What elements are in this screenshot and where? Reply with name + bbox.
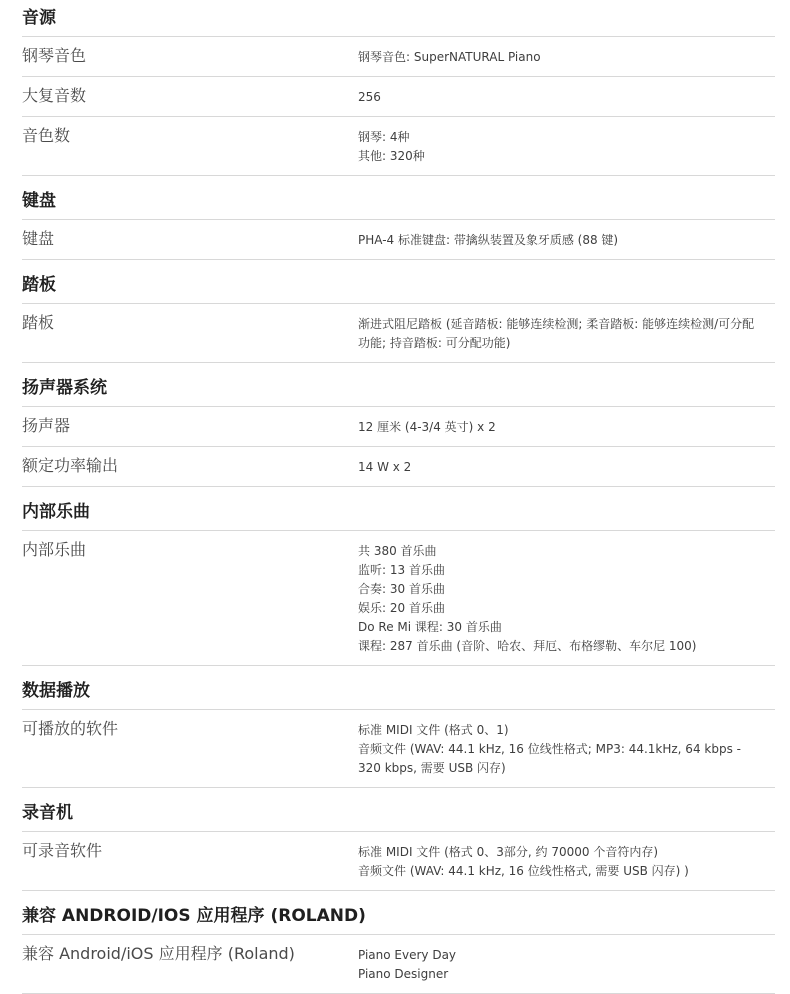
spec-value: 标准 MIDI 文件 (格式 0、3部分, 约 70000 个音符内存) 音频文…	[358, 841, 760, 881]
section-keyboard: 键盘 键盘 PHA-4 标准键盘: 带擒纵装置及象牙质感 (88 键)	[22, 176, 775, 260]
spec-label: 兼容 Android/iOS 应用程序 (Roland)	[22, 944, 358, 963]
section-title: 内部乐曲	[22, 487, 775, 531]
section-title: 数据播放	[22, 666, 775, 710]
spec-label: 额定功率输出	[22, 456, 358, 475]
spec-value-line: 课程: 287 首乐曲 (音阶、哈农、拜厄、布格缪勒、车尔尼 100)	[358, 637, 760, 656]
spec-value-line: Do Re Mi 课程: 30 首乐曲	[358, 618, 760, 637]
spec-value-line: 共 380 首乐曲	[358, 542, 760, 561]
spec-value: 渐进式阻尼踏板 (延音踏板: 能够连续检测; 柔音踏板: 能够连续检测/可分配功…	[358, 313, 760, 353]
spec-value-line: 12 厘米 (4-3/4 英寸) x 2	[358, 418, 760, 437]
spec-value-line: 音频文件 (WAV: 44.1 kHz, 16 位线性格式, 需要 USB 闪存…	[358, 862, 760, 881]
spec-value: 钢琴: 4种 其他: 320种	[358, 126, 760, 166]
spec-value-line: 监听: 13 首乐曲	[358, 561, 760, 580]
table-row: 钢琴音色 钢琴音色: SuperNATURAL Piano	[22, 37, 775, 77]
spec-label: 钢琴音色	[22, 46, 358, 65]
section-recorder: 录音机 可录音软件 标准 MIDI 文件 (格式 0、3部分, 约 70000 …	[22, 788, 775, 891]
spec-label: 可录音软件	[22, 841, 358, 860]
section-compatible-apps: 兼容 ANDROID/IOS 应用程序 (ROLAND) 兼容 Android/…	[22, 891, 775, 994]
section-title: 键盘	[22, 176, 775, 220]
spec-value-line: 标准 MIDI 文件 (格式 0、3部分, 约 70000 个音符内存)	[358, 843, 760, 862]
table-row: 大复音数 256	[22, 77, 775, 117]
table-row: 额定功率输出 14 W x 2	[22, 447, 775, 487]
table-row: 内部乐曲 共 380 首乐曲 监听: 13 首乐曲 合奏: 30 首乐曲 娱乐:…	[22, 531, 775, 666]
spec-value-line: 256	[358, 88, 760, 107]
table-row: 扬声器 12 厘米 (4-3/4 英寸) x 2	[22, 407, 775, 447]
spec-value-line: 标准 MIDI 文件 (格式 0、1)	[358, 721, 760, 740]
spec-value: 14 W x 2	[358, 456, 760, 477]
spec-value-line: Piano Designer	[358, 965, 760, 984]
section-title: 兼容 ANDROID/IOS 应用程序 (ROLAND)	[22, 891, 775, 935]
section-data-playback: 数据播放 可播放的软件 标准 MIDI 文件 (格式 0、1) 音频文件 (WA…	[22, 666, 775, 788]
table-row: 可录音软件 标准 MIDI 文件 (格式 0、3部分, 约 70000 个音符内…	[22, 832, 775, 891]
spec-label: 内部乐曲	[22, 540, 358, 559]
spec-value-line: 14 W x 2	[358, 458, 760, 477]
spec-label: 扬声器	[22, 416, 358, 435]
section-title: 扬声器系统	[22, 363, 775, 407]
table-row: 音色数 钢琴: 4种 其他: 320种	[22, 117, 775, 176]
spec-value-line: 渐进式阻尼踏板 (延音踏板: 能够连续检测; 柔音踏板: 能够连续检测/可分配功…	[358, 315, 760, 353]
spec-sheet: 音源 钢琴音色 钢琴音色: SuperNATURAL Piano 大复音数 25…	[22, 0, 775, 994]
section-sound-generator: 音源 钢琴音色 钢琴音色: SuperNATURAL Piano 大复音数 25…	[22, 1, 775, 176]
spec-value: 钢琴音色: SuperNATURAL Piano	[358, 46, 760, 67]
spec-value-line: 其他: 320种	[358, 147, 760, 166]
spec-value-line: PHA-4 标准键盘: 带擒纵装置及象牙质感 (88 键)	[358, 231, 760, 250]
table-row: 兼容 Android/iOS 应用程序 (Roland) Piano Every…	[22, 935, 775, 994]
section-internal-songs: 内部乐曲 内部乐曲 共 380 首乐曲 监听: 13 首乐曲 合奏: 30 首乐…	[22, 487, 775, 666]
spec-value: 标准 MIDI 文件 (格式 0、1) 音频文件 (WAV: 44.1 kHz,…	[358, 719, 760, 778]
spec-label: 键盘	[22, 229, 358, 248]
spec-value-line: 钢琴: 4种	[358, 128, 760, 147]
spec-value: PHA-4 标准键盘: 带擒纵装置及象牙质感 (88 键)	[358, 229, 760, 250]
spec-value: Piano Every Day Piano Designer	[358, 944, 760, 984]
table-row: 键盘 PHA-4 标准键盘: 带擒纵装置及象牙质感 (88 键)	[22, 220, 775, 260]
section-title: 踏板	[22, 260, 775, 304]
spec-value-line: 合奏: 30 首乐曲	[358, 580, 760, 599]
spec-value-line: Piano Every Day	[358, 946, 760, 965]
section-title: 音源	[22, 1, 775, 37]
spec-value-line: 娱乐: 20 首乐曲	[358, 599, 760, 618]
spec-value: 12 厘米 (4-3/4 英寸) x 2	[358, 416, 760, 437]
spec-value: 共 380 首乐曲 监听: 13 首乐曲 合奏: 30 首乐曲 娱乐: 20 首…	[358, 540, 760, 656]
spec-value-line: 钢琴音色: SuperNATURAL Piano	[358, 48, 760, 67]
spec-value-line: 音频文件 (WAV: 44.1 kHz, 16 位线性格式; MP3: 44.1…	[358, 740, 760, 778]
section-title: 录音机	[22, 788, 775, 832]
section-pedals: 踏板 踏板 渐进式阻尼踏板 (延音踏板: 能够连续检测; 柔音踏板: 能够连续检…	[22, 260, 775, 363]
section-speaker-system: 扬声器系统 扬声器 12 厘米 (4-3/4 英寸) x 2 额定功率输出 14…	[22, 363, 775, 487]
spec-label: 大复音数	[22, 86, 358, 105]
spec-label: 可播放的软件	[22, 719, 358, 738]
table-row: 可播放的软件 标准 MIDI 文件 (格式 0、1) 音频文件 (WAV: 44…	[22, 710, 775, 788]
spec-value: 256	[358, 86, 760, 107]
spec-label: 音色数	[22, 126, 358, 145]
table-row: 踏板 渐进式阻尼踏板 (延音踏板: 能够连续检测; 柔音踏板: 能够连续检测/可…	[22, 304, 775, 363]
spec-label: 踏板	[22, 313, 358, 332]
